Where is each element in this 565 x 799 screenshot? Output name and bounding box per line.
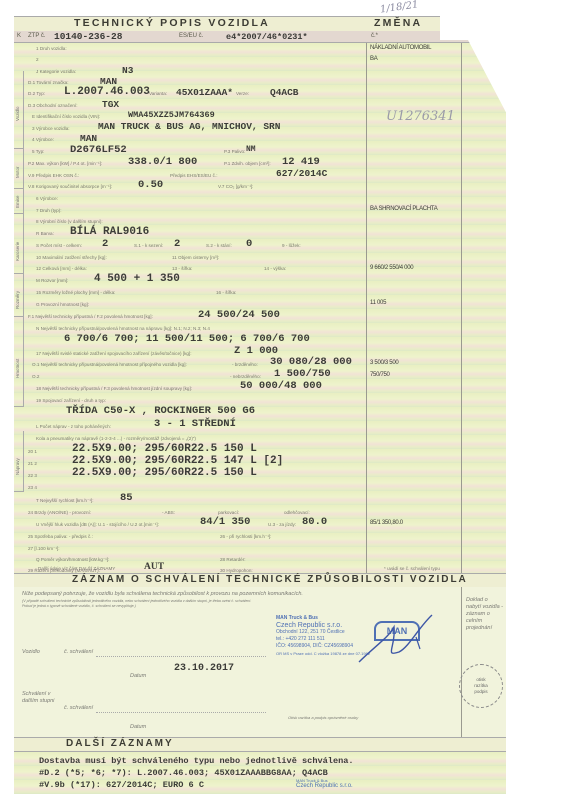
k-label: K (17, 33, 21, 39)
field-14-label: 14 - výška: (264, 266, 286, 271)
displacement-label: P.1 Zdvih. objem [cm³]: (224, 161, 271, 166)
field-O1-braked-label: - brzděného: (232, 362, 258, 367)
approval-note-2: Pokud je jedná o typově schválené vozidl… (22, 604, 136, 608)
record-line-1: Dostavba musí být schváleného typu nebo … (39, 756, 354, 766)
field-12-label: 12 Celková [mm] - délka: (36, 266, 87, 271)
field-9-label: 9 - lůžek: (282, 243, 301, 248)
more-info-note: Další údaje viz část DALŠÍ ZÁZNAMY (38, 566, 115, 571)
side-note: Doklad o nabytí vozidla - záznam o celní… (466, 597, 504, 632)
field-T-value: 85 (120, 492, 133, 504)
next-stage-date-label: Datum (130, 724, 146, 730)
field-O1-value: 30 080/28 000 (270, 356, 352, 368)
column-divider (366, 43, 367, 573)
field-18-label: 18 Největší technicky přípustná / F.3 po… (36, 386, 192, 391)
field-D2-label: D.2 Typ: (28, 91, 45, 96)
field-S2-label: S.2 - k stání: (206, 243, 232, 248)
field-R-label: R Barva: (36, 231, 54, 236)
field-O2-unbraked-label: - nebrzděného: (230, 374, 261, 379)
field-1-label: 1 Druh vozidla: (36, 46, 67, 51)
record-line-2: #D.2 (*5; *6; *7): L.2007.46.003; 45X01Z… (39, 768, 328, 778)
records-section: Dostavba musí být schváleného typu nebo … (14, 752, 506, 794)
change-noise: 85/1 350,80.0 (370, 520, 403, 526)
field-D2-value: L.2007.46.003 (64, 86, 150, 98)
field-24-parking-label: parkovací: (218, 510, 239, 515)
field-Q-label: Q Poměr výkon/hmotnost [kW.kg⁻¹]: (36, 557, 109, 563)
fuel-label: P.3 Palivo: (224, 149, 245, 154)
field-M-value: 4 500 + 1 350 (94, 273, 180, 285)
field-24-label: 24 Brzdy (ANO/NE) - provozní: (28, 510, 91, 515)
stamp-signature-circle: otisk razítka podpis (459, 664, 503, 708)
field-D2-version-label: Verze: (236, 91, 249, 96)
field-19-label: 19 Spojovací zařízení - druh a typ: (36, 398, 106, 403)
group-emise: Emise (14, 188, 24, 214)
field-F1-value: 24 500/24 500 (198, 309, 280, 321)
change-operating-weight: 11 005 (370, 300, 386, 306)
es-label: ES/EU č. (179, 33, 203, 39)
column-divider (461, 587, 462, 737)
field-8-label: 8 Výrobní číslo (v dalším stupni): (36, 219, 103, 224)
change-no-label: č.* (371, 33, 378, 39)
field-24-abs-label: - ABS: (162, 510, 175, 515)
field-22-label: 22 3 (28, 473, 37, 478)
field-20-value: 22.5X9.00; 295/60R22.5 150 L (72, 443, 257, 455)
next-stage-approval-field (96, 712, 266, 713)
field-T-label: T Nejvyšší rychlost [km.h⁻¹]: (36, 498, 93, 504)
approval-title: ZÁZNAM O SCHVÁLENÍ TECHNICKÉ ZPŮSOBILOST… (72, 574, 468, 585)
technical-description-header: TECHNICKÝ POPIS VOZIDLA ZMĚNA (14, 16, 506, 32)
field-25-label: 25 Spotřeba paliva: - předpis č.: (28, 534, 93, 539)
field-S1-value: 2 (174, 238, 180, 250)
group-hmotnost: Hmotnost (14, 316, 24, 407)
field-3-label: 3 Výrobce vozidla: (32, 126, 70, 131)
approval-note-1: (V případě schválení technické způsobilo… (22, 599, 251, 603)
vehicle-label: Vozidlo (22, 649, 40, 655)
field-S1-label: S.1 - k sezení: (134, 243, 163, 248)
field-D2-version: Q4ACB (270, 87, 299, 98)
field-U3-label: U.3 - za jízdy: (268, 522, 296, 527)
field-20-label: 20 1 (28, 449, 37, 454)
records-stamp-l2: Czech Republic s.r.o. (296, 783, 353, 789)
field-O2-label: O.2 (32, 374, 39, 379)
field-D3-value: TGX (102, 99, 119, 110)
field-18-value: 50 000/48 000 (240, 380, 322, 392)
group-napravy: Nápravy (14, 431, 24, 492)
field-29-value: AUT (144, 562, 164, 572)
data-fields-area: Vozidlo Motor Emise Karoserie Rozměry Hm… (14, 43, 506, 573)
field-U-value: 84/1 350 (200, 516, 250, 528)
field-V9-ehs-value: 627/2014C (276, 168, 327, 179)
field-N-label: N Největší technicky přípustná/povolená … (36, 326, 210, 331)
change-title: ZMĚNA (374, 17, 422, 29)
field-23-label: 23 4 (28, 485, 37, 490)
change-vehicle-type: NÁKLADNÍ AUTOMOBIL (370, 45, 431, 51)
field-V8-label: V.8 Korigovaný součinitel absorpce [m⁻¹]… (28, 184, 112, 190)
field-26-label: 26 - při rychlosti [km.h⁻¹]: (220, 534, 271, 540)
group-vozidlo: Vozidlo (14, 71, 24, 149)
field-D2-variant: 45X01ZAAA* (176, 87, 233, 98)
field-L-label: L Počet náprav - z toho poháněných: (36, 424, 111, 429)
group-karoserie: Karoserie (14, 213, 24, 274)
ztp-row: K ZTP č. 10140-236-28 ES/EU č. e4*2007/4… (14, 31, 506, 43)
field-U-label: U Vnější hluk vozidla [dB (A)]: U.1 - st… (36, 522, 159, 528)
next-stage-approval-no-label: č. schválení (64, 705, 93, 711)
field-J-value: N3 (122, 65, 133, 76)
next-stage-label: Schválení v dalším stupni (22, 691, 62, 705)
field-V8-value: 0.50 (138, 179, 163, 191)
field-R-value: BÍLÁ RAL9016 (70, 226, 149, 238)
field-4-value: MAN (80, 133, 97, 144)
stamp-sign-label: Otisk razítka a podpis oprávněné osoby (288, 715, 358, 720)
field-V7-label: V.7 CO₂ [g/km⁻¹]: (218, 184, 253, 190)
field-S-label: S Počet míst - celkem: (36, 243, 82, 248)
change-braked-trailer: 3 500/3 500 (370, 360, 398, 366)
field-28-label: 28 Retardér: (220, 557, 246, 562)
field-4-label: 4 Výrobce: (32, 137, 54, 142)
date-label: Datum (130, 673, 146, 679)
cut-corner (440, 0, 565, 205)
handwritten-note: 1/18/21 (379, 0, 419, 16)
field-21-value: 22.5X9.00; 295/60R22.5 147 L [2] (72, 455, 283, 467)
vehicle-technical-certificate: TECHNICKÝ POPIS VOZIDLA ZMĚNA K ZTP č. 1… (14, 16, 506, 794)
ztp-label: ZTP č. (28, 33, 46, 39)
change-unbraked-trailer: 750/750 (370, 372, 390, 378)
field-13-label: 13 - šířka: (172, 266, 192, 271)
field-E-label: E Identifikační číslo vozidla (VIN): (32, 114, 100, 119)
field-3-value: MAN TRUCK & BUS AG, MNICHOV, SRN (98, 121, 280, 132)
field-P2-value: 338.0/1 800 (128, 156, 197, 168)
footnote: * uvádí se č. schválení typu (384, 566, 440, 571)
change-dimensions: 9 660/2 550/4 000 (370, 265, 413, 271)
field-5-label: 5 Typ: (32, 149, 44, 154)
signature (354, 607, 434, 667)
field-11-label: 11 Objem cisterny [m³]: (172, 255, 219, 260)
field-5-value: D2676LF52 (70, 144, 127, 156)
fuel-value: NM (246, 145, 256, 154)
field-10-label: 10 Maximální zatížení střechy [kg]: (36, 255, 107, 260)
field-17-label: 17 Největší svislé statické zatížení spo… (36, 351, 192, 356)
approval-no-field (96, 656, 266, 657)
field-O2-value: 1 500/750 (274, 368, 331, 380)
field-D1-label: D.1 Tovární značka: (28, 80, 69, 85)
approval-no-label: č. schválení (64, 649, 93, 655)
page-title: TECHNICKÝ POPIS VOZIDLA (74, 17, 270, 29)
record-line-3: #V.9b (*17): 627/2014C; EURO 6 C (39, 780, 204, 790)
group-motor: Motor (14, 148, 24, 189)
field-7-label: 7 Druh (typ): (36, 208, 62, 213)
field-O1-label: O.1 Největší technicky přípustná/povolen… (32, 362, 187, 367)
field-S-value: 2 (102, 238, 108, 250)
es-value: e4*2007/46*0231* (226, 32, 308, 42)
group-rozmery: Rozměry (14, 273, 24, 317)
field-D2-variant-label: Varianta: (149, 91, 167, 96)
field-V9-label: V.9 Předpis EHK OSN č.: (28, 173, 79, 178)
approval-section: Níže podepsaný potvrzuje, že vozidlu byl… (14, 587, 506, 738)
field-6-label: 6 Výrobce: (36, 196, 58, 201)
displacement-value: 12 419 (282, 156, 320, 168)
change-body-type: BA SHRNOVACÍ PLACHTA (370, 206, 437, 212)
field-M-label: M Rozvor [mm]: (36, 278, 68, 283)
approval-date: 23.10.2017 (174, 663, 234, 674)
field-L-value: 3 - 1 STŘEDNÍ (154, 418, 236, 430)
field-21-label: 21 2 (28, 461, 37, 466)
field-22-value: 22.5X9.00; 295/60R22.5 150 L (72, 467, 257, 479)
field-F1-label: F.1 Největší technicky přípustná / F.2 p… (28, 314, 153, 319)
field-D3-label: D.3 Obchodní označení: (28, 103, 78, 108)
tyres-header: Kola a pneumatiky na nápravě (1-2-3-4 ..… (36, 436, 196, 441)
field-24-retarder-label: odlehčovací: (284, 510, 310, 515)
records-title: DALŠÍ ZÁZNAMY (66, 738, 174, 749)
field-J-label: J Kategorie vozidla: (36, 69, 76, 74)
field-E-value: WMA45XZZ5JM764369 (128, 110, 215, 120)
field-N-value: 6 700/6 700; 11 500/11 500; 6 700/6 700 (64, 333, 310, 345)
approval-intro: Níže podepsaný potvrzuje, že vozidlu byl… (22, 591, 303, 597)
field-2-label: 2 (36, 57, 39, 62)
field-19-value: TŘÍDA C50-X , ROCKINGER 500 G6 (66, 405, 255, 417)
field-S2-value: 0 (246, 238, 252, 250)
approval-header: ZÁZNAM O SCHVÁLENÍ TECHNICKÉ ZPŮSOBILOST… (14, 573, 506, 588)
field-P2-label: P.2 Max. výkon [kW] / P.4 ot. [min⁻¹]: (28, 161, 102, 167)
change-ba: BA (370, 56, 377, 62)
ztp-value: 10140-236-28 (54, 31, 122, 42)
field-U3-value: 80.0 (302, 516, 327, 528)
field-15-label: 15 Rozměry ložné plochy [mm] - délka: (36, 290, 115, 295)
field-V9-ehs-label: Předpis EHS/ES/EU č.: (170, 173, 218, 178)
field-G-label: G Provozní hmotnost [kg]: (36, 302, 89, 307)
field-27-label: 27 [l.100 km⁻¹]: (28, 546, 60, 552)
field-16-label: 16 - šířka: (216, 290, 236, 295)
records-header: DALŠÍ ZÁZNAMY (14, 738, 506, 752)
